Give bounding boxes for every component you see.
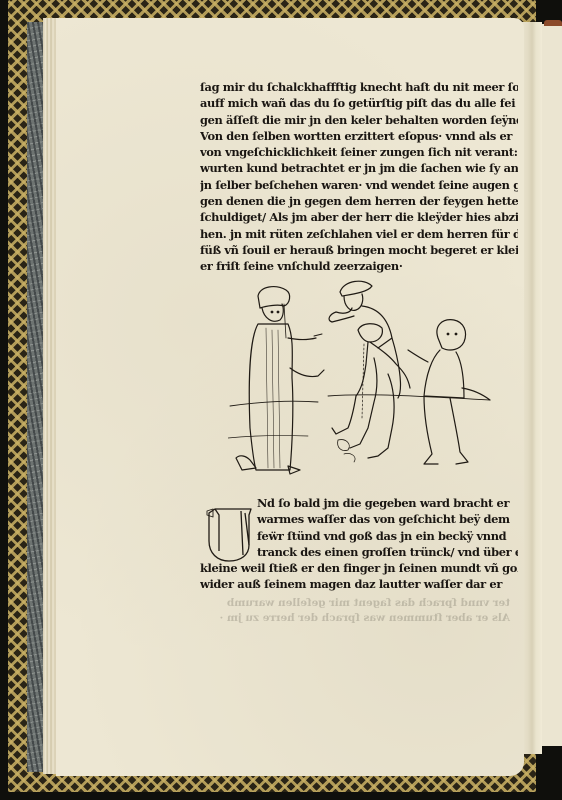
text-block-lower: Nd ſo bald jm die gegeben ward bracht er… [200,495,518,593]
woodcut-illustration [228,278,492,478]
text-line: ſag mir du ſchalckhaffftig knecht haſt d… [200,79,518,95]
text-line: wider auß ſeinem magen daz lautter waſſe… [200,576,518,592]
page-gutter-stack [43,18,57,774]
text-line: hen. jn mit rüten zeſchlahen viel er dem… [200,226,518,242]
text-line: Nd ſo bald jm die gegeben ward bracht er [200,495,518,511]
text-line: tranck des einen groſſen trünck/ vnd übe… [200,544,518,560]
text-line: er friſt ſeine vnſchuld zeerzaigen· [200,258,518,274]
text-line: warmes waſſer das von geſchicht beÿ dem [200,511,518,527]
marbled-endpaper [27,22,43,772]
text-line: auff mich wañ das du ſo getürſtig piſt d… [200,95,518,111]
text-line: gen denen die jn gegen dem herren der fe… [200,193,518,209]
text-line: wurten kund betrachtet er jn jm die ſach… [200,160,518,176]
text-line: gen äſſeſt die mir jn den keler behalten… [200,112,518,128]
show-through-text: ter vnnd ſprach das ſagent mir geſellen … [210,596,510,626]
text-line: Von den ſelben wortten erzittert eſopus·… [200,128,518,144]
headband [544,20,562,26]
text-line: jn ſelber beſchehen waren· vnd wendet ſe… [200,177,518,193]
text-block-upper: ſag mir du ſchalckhaffftig knecht haſt d… [200,79,518,275]
text-line: füß vñ ſouil er herauß bringen mocht beg… [200,242,518,258]
text-line: kleine weil ſtieß er den finger jn ſeine… [200,560,518,576]
text-line: von vngeſchicklichkeit ſeiner zungen ſic… [200,144,518,160]
next-page-edge [540,24,562,746]
show-through-line: Als er aber ſtummen was ſprach der herre… [210,611,510,626]
show-through-line: ter vnnd ſprach das ſagent mir geſellen … [210,596,510,611]
text-line: feẅr ſtünd vnd goß das jn ein beckÿ vnnd [200,528,518,544]
text-line: ſchuldiget/ Als jm aber der herr die kle… [200,209,518,225]
